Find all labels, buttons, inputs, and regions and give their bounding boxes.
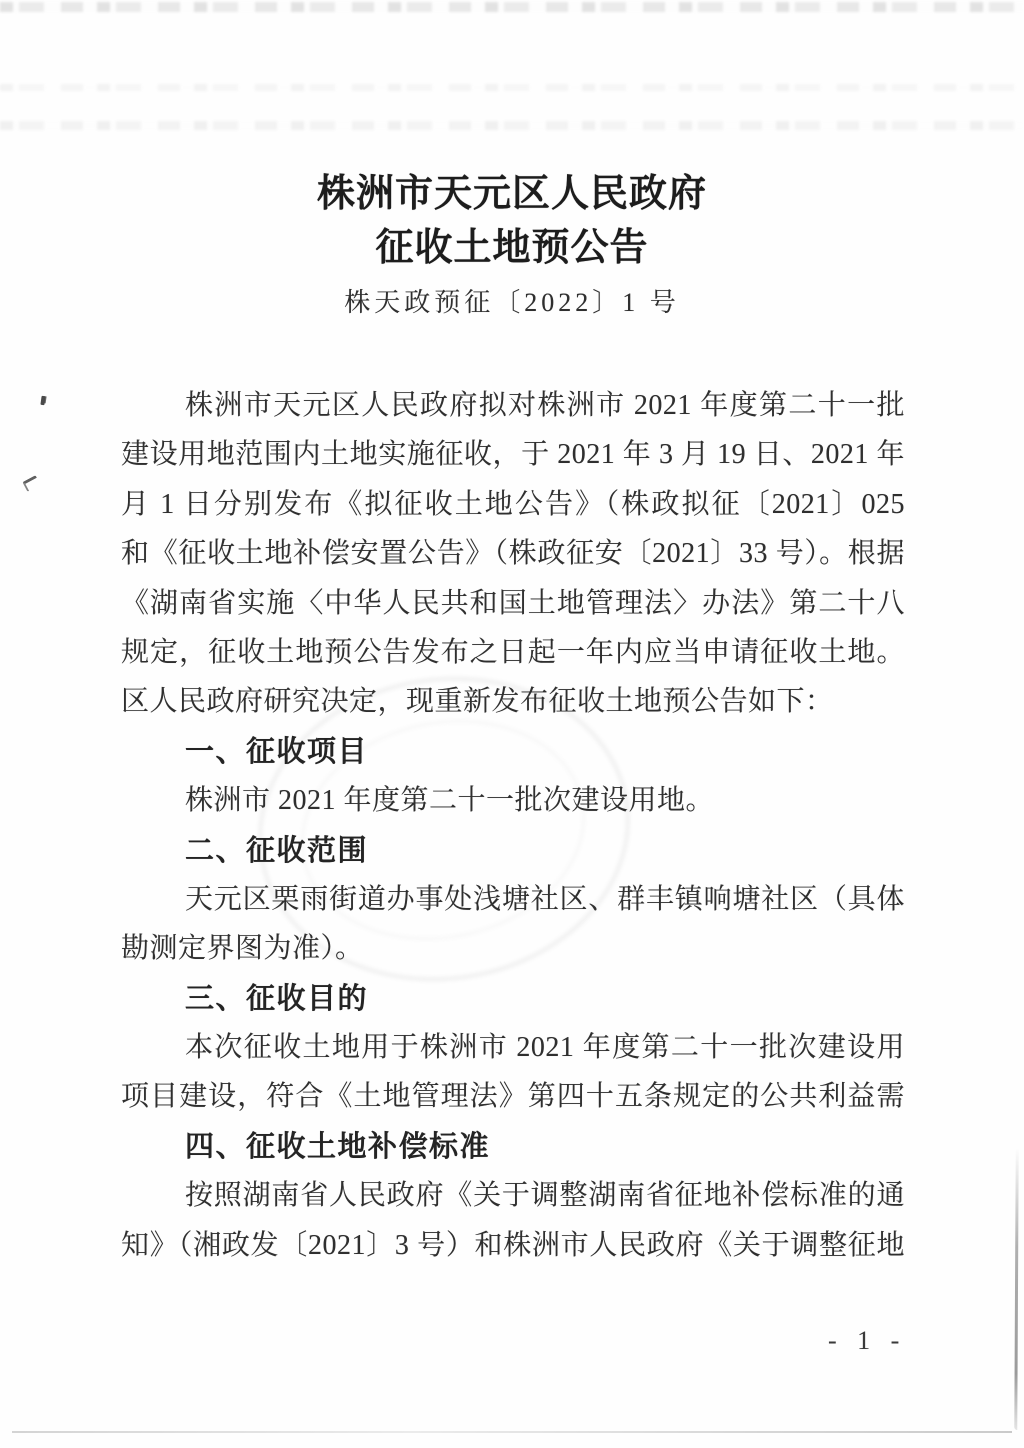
page-edge-shadow bbox=[1014, 1148, 1018, 1430]
body-line: 月 1 日分别发布《拟征收土地公告》（株政拟征〔2021〕025 号） bbox=[121, 480, 905, 529]
body-line: 本次征收土地用于株洲市 2021 年度第二十一批次建设用地 bbox=[121, 1023, 905, 1072]
body-line: 项目建设，符合《土地管理法》第四十五条规定的公共利益需要。 bbox=[121, 1072, 905, 1121]
section-heading: 三、征收目的 bbox=[121, 974, 905, 1023]
ink-mark-icon bbox=[22, 475, 40, 492]
body-line: 规定，征收土地预公告发布之日起一年内应当申请征收土地。经 bbox=[121, 628, 905, 677]
section-heading: 四、征收土地补偿标准 bbox=[121, 1122, 905, 1171]
body-line: 勘测定界图为准）。 bbox=[121, 924, 905, 973]
document-number: 株天政预征〔2022〕1 号 bbox=[0, 286, 1024, 320]
document-title-line-2: 征收土地预公告 bbox=[0, 220, 1024, 274]
body-line: 株洲市 2021 年度第二十一批次建设用地。 bbox=[121, 776, 905, 825]
body-line: 和《征收土地补偿安置公告》（株政征安〔2021〕33 号）。根据 bbox=[121, 529, 905, 578]
body-line: 《湖南省实施〈中华人民共和国土地管理法〉办法》第二十八条 bbox=[121, 579, 905, 628]
document-title-line-1: 株洲市天元区人民政府 bbox=[0, 166, 1024, 220]
ink-mark-icon bbox=[40, 396, 45, 405]
section-heading: 二、征收范围 bbox=[121, 826, 905, 875]
scanned-document-page: 株洲市天元区人民政府 征收土地预公告 株天政预征〔2022〕1 号 株洲市天元区… bbox=[0, 0, 1024, 1448]
body-line: 天元区栗雨街道办事处浅塘社区、群丰镇响塘社区（具体以 bbox=[121, 875, 905, 924]
document-header: 株洲市天元区人民政府 征收土地预公告 株天政预征〔2022〕1 号 bbox=[0, 166, 1024, 320]
page-edge-shadow bbox=[12, 1431, 1012, 1433]
body-line: 按照湖南省人民政府《关于调整湖南省征地补偿标准的通 bbox=[121, 1171, 905, 1220]
scan-noise-band bbox=[0, 84, 1024, 91]
body-line: 知》（湘政发〔2021〕3 号）和株洲市人民政府《关于调整征地 bbox=[121, 1221, 905, 1270]
scan-noise-band bbox=[0, 2, 1024, 12]
scan-noise-band bbox=[0, 121, 1024, 130]
section-heading: 一、征收项目 bbox=[121, 727, 905, 776]
document-body: 株洲市天元区人民政府拟对株洲市 2021 年度第二十一批次建设用地范围内土地实施… bbox=[121, 381, 905, 1270]
body-line: 株洲市天元区人民政府拟对株洲市 2021 年度第二十一批次 bbox=[121, 381, 905, 430]
body-line: 区人民政府研究决定，现重新发布征收土地预公告如下： bbox=[121, 677, 905, 726]
page-number: - 1 - bbox=[828, 1326, 948, 1356]
body-line: 建设用地范围内土地实施征收，于 2021 年 3 月 19 日、2021 年 7 bbox=[121, 430, 905, 479]
